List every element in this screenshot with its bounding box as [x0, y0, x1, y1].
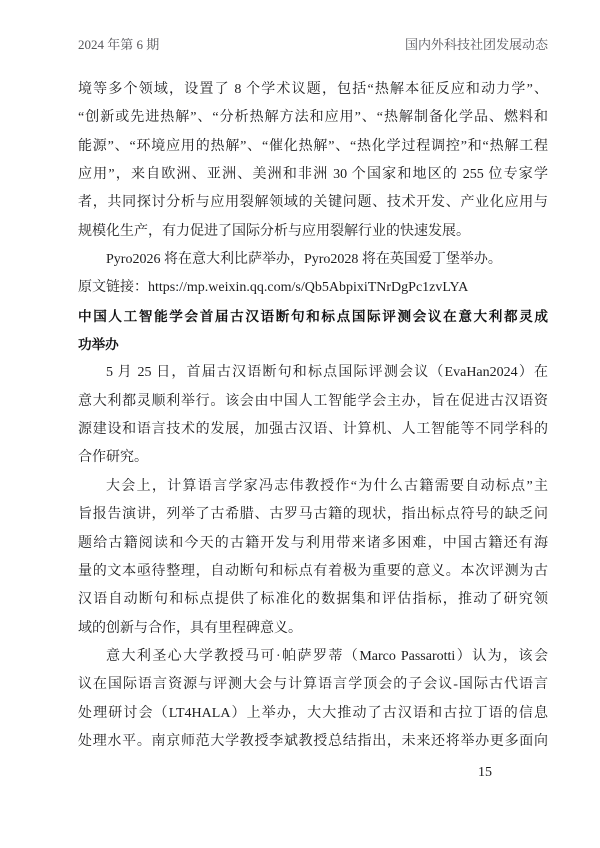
text-line: 处理水平。南京师范大学教授李斌教授总结指出，未来还将举办更多面向: [78, 728, 548, 756]
heading-line: 功举办: [78, 331, 548, 359]
text-line: 意大利圣心大学教授马可·帕萨罗蒂（Marco Passarotti）认为，该会: [78, 643, 548, 671]
text-line: “创新或先进热解”、“分析热解方法和应用”、“热解制备化学品、燃料和: [78, 104, 548, 132]
paragraph-pyro-future: Pyro2026 将在意大利比萨举办，Pyro2028 将在英国爱丁堡举办。: [78, 246, 548, 274]
paragraph-pyro-conference: 境等多个领域，设置了 8 个学术议题，包括“热解本征反应和动力学”、 “创新或先…: [78, 76, 548, 246]
text-line: 合作研究。: [78, 444, 548, 472]
text-line: 者，共同探讨分析与应用裂解领域的关键问题、技术开发、产业化应用与: [78, 189, 548, 217]
text-line: 5 月 25 日，首届古汉语断句和标点国际评测会议（EvaHan2024）在: [78, 359, 548, 387]
paragraph-evahan-keynote: 大会上，计算语言学家冯志伟教授作“为什么古籍需要自动标点”主 旨报告演讲，列举了…: [78, 473, 548, 643]
text-line: 意大利都灵顺利举行。该会由中国人工智能学会主办，旨在促进古汉语资: [78, 388, 548, 416]
document-page: 2024 年第 6 期 国内外科技社团发展动态 境等多个领域，设置了 8 个学术…: [0, 0, 600, 848]
article-heading: 中国人工智能学会首届古汉语断句和标点国际评测会议在意大利都灵成 功举办: [78, 303, 548, 360]
text-line: 旨报告演讲，列举了古希腊、古罗马古籍的现状，指出标点符号的缺乏问: [78, 501, 548, 529]
text-line: 题给古籍阅读和今天的古籍开发与利用带来诸多困难，中国古籍还有海: [78, 530, 548, 558]
text-line: 量的文本亟待整理，自动断句和标点有着极为重要的意义。本次评测为古: [78, 558, 548, 586]
text-line: 议在国际语言资源与评测大会与计算语言学顶会的子会议-国际古代语言: [78, 671, 548, 699]
text-line: 应用”，来自欧洲、亚洲、美洲和非洲 30 个国家和地区的 255 位专家学: [78, 161, 548, 189]
text-line: 域的创新与合作，具有里程碑意义。: [78, 615, 548, 643]
paragraph-evahan-experts: 意大利圣心大学教授马可·帕萨罗蒂（Marco Passarotti）认为，该会 …: [78, 643, 548, 756]
text-line: 处理研讨会（LT4HALA）上举办，大大推动了古汉语和古拉丁语的信息: [78, 700, 548, 728]
text-line: 规模化生产，有力促进了国际分析与应用裂解行业的快速发展。: [78, 218, 548, 246]
running-header: 2024 年第 6 期 国内外科技社团发展动态: [78, 36, 548, 54]
source-link-url: https://mp.weixin.qq.com/s/Qb5AbpixiTNrD…: [148, 280, 468, 295]
text-line: Pyro2026 将在意大利比萨举办，Pyro2028 将在英国爱丁堡举办。: [78, 246, 548, 274]
paragraph-evahan-intro: 5 月 25 日，首届古汉语断句和标点国际评测会议（EvaHan2024）在 意…: [78, 359, 548, 472]
text-line: 汉语自动断句和标点提供了标准化的数据集和评估指标，推动了研究领: [78, 586, 548, 614]
header-publication-title: 国内外科技社团发展动态: [405, 36, 548, 54]
text-line: 大会上，计算语言学家冯志伟教授作“为什么古籍需要自动标点”主: [78, 473, 548, 501]
source-link-label: 原文链接：: [78, 280, 148, 295]
text-line: 境等多个领域，设置了 8 个学术议题，包括“热解本征反应和动力学”、: [78, 76, 548, 104]
header-issue-label: 2024 年第 6 期: [78, 36, 159, 54]
text-line: 能源”、“环境应用的热解”、“催化热解”、“热化学过程调控”和“热解工程: [78, 133, 548, 161]
heading-line: 中国人工智能学会首届古汉语断句和标点国际评测会议在意大利都灵成: [78, 303, 548, 331]
source-link-line: 原文链接：https://mp.weixin.qq.com/s/Qb5Abpix…: [78, 274, 548, 302]
text-line: 源建设和语言技术的发展，加强古汉语、计算机、人工智能等不同学科的: [78, 416, 548, 444]
page-number: 15: [478, 763, 492, 783]
page-body: 境等多个领域，设置了 8 个学术议题，包括“热解本征反应和动力学”、 “创新或先…: [78, 76, 548, 756]
